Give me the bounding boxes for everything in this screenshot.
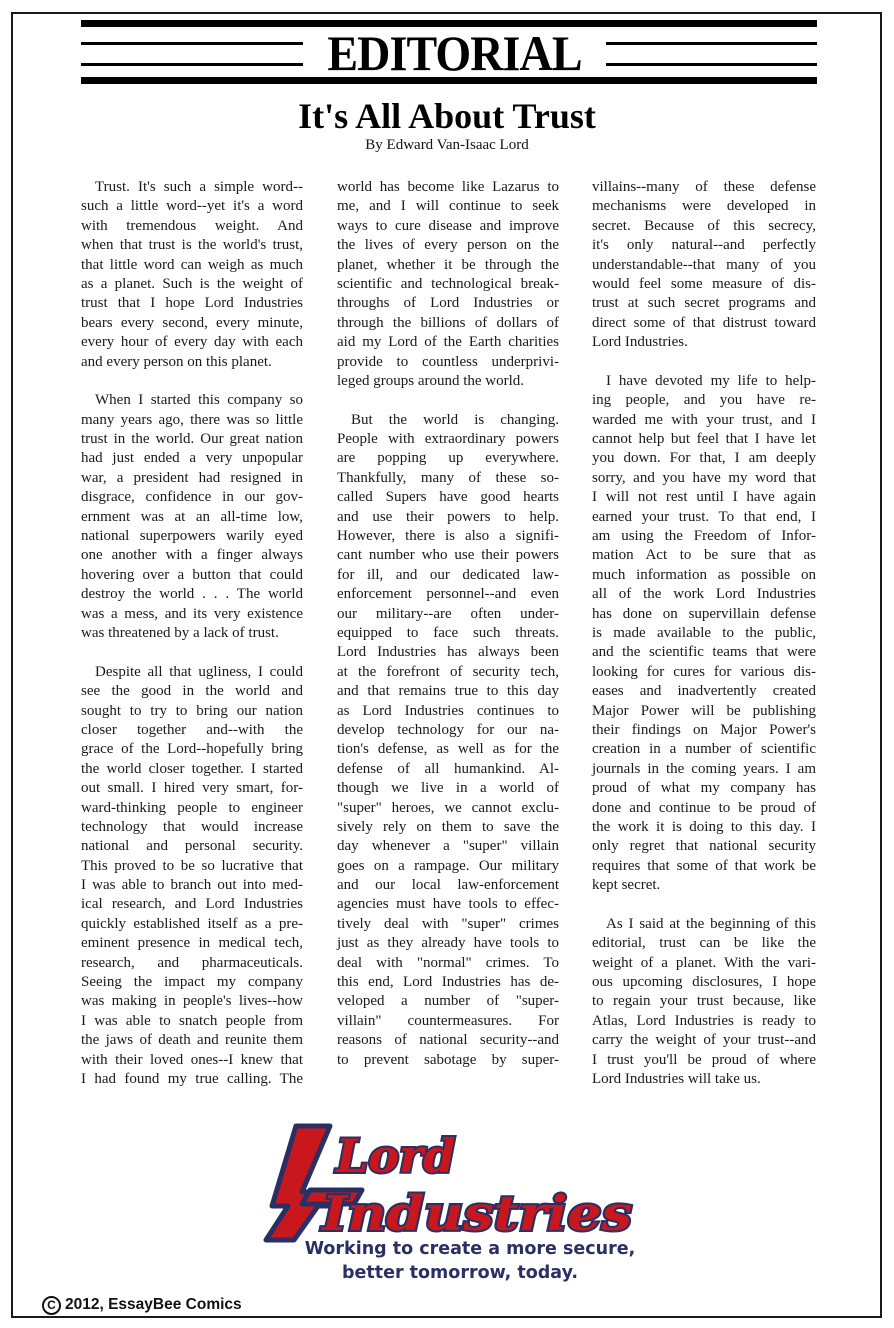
article-text-line: kept secret.: [592, 876, 816, 895]
article-text-line: journals in the coming years. I am: [592, 760, 816, 779]
article-text-line: sorry, and you have my word that: [592, 469, 816, 488]
paragraph-break: [337, 391, 559, 410]
article-text-line: me, and I will continue to seek: [337, 197, 559, 216]
logo-tagline-line-1: Working to create a more secure,: [290, 1238, 650, 1260]
article-text-line: just as they already have tools to: [337, 934, 559, 953]
article-text-line: Seeing the impact my company: [81, 973, 303, 992]
paragraph-break: [592, 353, 816, 372]
article-text-line: I trust you'll be proud of where: [592, 1051, 816, 1070]
article-text-line: see the good in the world and: [81, 682, 303, 701]
article-text-line: veloped a number of "super-: [337, 992, 559, 1011]
article-text-line: People with extraordinary powers: [337, 430, 559, 449]
article-text-line: warded me with your trust, and I: [592, 411, 816, 430]
article-text-line: mechanisms were developed in: [592, 197, 816, 216]
article-text-line: had just ended a very unpopular: [81, 449, 303, 468]
article-text-line: Lord Industries has always been: [337, 643, 559, 662]
article-text-line: Lord Industries.: [592, 333, 816, 352]
article-text-line: tion's defense, as well as for the: [337, 740, 559, 759]
logo-tagline-line-2: better tomorrow, today.: [295, 1262, 625, 1284]
masthead-rule-right-2: [606, 63, 817, 66]
article-text-line: though we live in a world of: [337, 779, 559, 798]
article-text-line: ical research, and Lord Industries: [81, 895, 303, 914]
article-text-line: develop technology for our na-: [337, 721, 559, 740]
masthead-rule-left-1: [81, 42, 303, 45]
article-text-line: destroy the world . . . The world: [81, 585, 303, 604]
masthead-title: EDITORIAL: [315, 27, 594, 77]
article-text-line: the lives of every person on the: [337, 236, 559, 255]
article-text-line: ward-thinking people to engineer: [81, 799, 303, 818]
article-text-line: such a little word--yet it's a word: [81, 197, 303, 216]
article-text-line: has done on supervillain defense: [592, 605, 816, 624]
article-text-line: at the forefront of security tech,: [337, 663, 559, 682]
article-text-line: the work it is doing to this day. I: [592, 818, 816, 837]
article-text-line: are popping up everywhere.: [337, 449, 559, 468]
article-text-line: goes on a rampage. Our military: [337, 857, 559, 876]
lord-industries-logo-icon: Lord Industries: [258, 1122, 638, 1247]
article-text-line: ernment was at an all-time low,: [81, 508, 303, 527]
article-text-line: every hour of every day with each: [81, 333, 303, 352]
article-text-line: reasons of national security--and: [337, 1031, 559, 1050]
article-text-line: technology that would increase: [81, 818, 303, 837]
article-text-line: the world closer together. I started: [81, 760, 303, 779]
article-text-line: creation in a number of scientific: [592, 740, 816, 759]
article-text-line: was making in people's lives--how: [81, 992, 303, 1011]
article-text-line: and that remains true to this day: [337, 682, 559, 701]
article-text-line: Thankfully, many of these so-: [337, 469, 559, 488]
article-text-line: trust at such secret programs and: [592, 294, 816, 313]
article-text-line: throughs of Lord Industries or: [337, 294, 559, 313]
article-column-1: Trust. It's such a simple word--such a l…: [81, 178, 303, 1089]
article-text-line: war, a president had resigned in: [81, 469, 303, 488]
logo-text-industries: Industries: [320, 1186, 632, 1242]
article-text-line: trust that I hope Lord Industries: [81, 294, 303, 313]
article-text-line: called Supers have good hearts: [337, 488, 559, 507]
article-text-line: looking for cures for various dis-: [592, 663, 816, 682]
article-text-line: bears every second, every minute,: [81, 314, 303, 333]
article-text-line: with their loved ones--I knew that: [81, 1051, 303, 1070]
article-text-line: Atlas, Lord Industries is ready to: [592, 1012, 816, 1031]
article-text-line: only regret that national security: [592, 837, 816, 856]
article-text-line: with tremendous weight. And: [81, 217, 303, 236]
article-text-line: done and continue to be proud of: [592, 799, 816, 818]
article-text-line: this end, Lord Industries has de-: [337, 973, 559, 992]
article-text-line: mation Act to be sure that as: [592, 546, 816, 565]
paragraph-break: [81, 643, 303, 662]
paragraph-break: [81, 372, 303, 391]
article-text-line: I was able to branch out into med-: [81, 876, 303, 895]
article-text-line: and use their powers to help.: [337, 508, 559, 527]
article-text-line: as a planet. Such is the weight of: [81, 275, 303, 294]
article-text-line: Despite all that ugliness, I could: [81, 663, 303, 682]
article-text-line: cant number who use their powers: [337, 546, 559, 565]
article-text-line: deal with "normal" crimes. To: [337, 954, 559, 973]
article-text-line: I was able to snatch people from: [81, 1012, 303, 1031]
article-text-line: quickly established itself as a pre-: [81, 915, 303, 934]
article-text-line: ing people, and you have re-: [592, 391, 816, 410]
article-text-line: through the billions of dollars of: [337, 314, 559, 333]
article-text-line: their findings on Major Power's: [592, 721, 816, 740]
article-text-line: villains--many of these defense: [592, 178, 816, 197]
copyright-icon: C: [42, 1296, 61, 1315]
article-text-line: provide to countless underprivi-: [337, 353, 559, 372]
article-text-line: carry the weight of your trust--and: [592, 1031, 816, 1050]
article-text-line: secret. Because of this secrecy,: [592, 217, 816, 236]
article-text-line: cannot help but feel that I have let: [592, 430, 816, 449]
article-text-line: trust in the world. Our great nation: [81, 430, 303, 449]
article-text-line: was a mess, and its very existence: [81, 605, 303, 624]
article-column-2: world has become like Lazarus tome, and …: [337, 178, 559, 1070]
article-text-line: to prevent sabotage by super-: [337, 1051, 559, 1070]
article-text-line: Trust. It's such a simple word--: [81, 178, 303, 197]
copyright-text: 2012, EssayBee Comics: [65, 1296, 242, 1314]
article-text-line: it's only natural--and perfectly: [592, 236, 816, 255]
article-text-line: day whenever a "super" villain: [337, 837, 559, 856]
article-text-line: "super" heroes, we cannot exclu-: [337, 799, 559, 818]
masthead-rule-bottom: [81, 77, 817, 84]
masthead-rule-right-1: [606, 42, 817, 45]
article-text-line: world has become like Lazarus to: [337, 178, 559, 197]
article-text-line: much information as possible on: [592, 566, 816, 585]
article-text-line: eminent presence in medical tech,: [81, 934, 303, 953]
article-headline: It's All About Trust: [0, 96, 894, 136]
article-text-line: is made available to the public,: [592, 624, 816, 643]
article-text-line: Major Power will be publishing: [592, 702, 816, 721]
article-text-line: This proved to be so lucrative that: [81, 857, 303, 876]
article-text-line: when that trust is the world's trust,: [81, 236, 303, 255]
article-text-line: ous upcoming disclosures, I hope: [592, 973, 816, 992]
article-text-line: When I started this company so: [81, 391, 303, 410]
article-text-line: weight of a planet. With the vari-: [592, 954, 816, 973]
article-text-line: editorial, trust can be like the: [592, 934, 816, 953]
article-text-line: one another with a finger always: [81, 546, 303, 565]
masthead-rule-left-2: [81, 63, 303, 66]
article-text-line: am using the Freedom of Infor-: [592, 527, 816, 546]
article-text-line: would feel some measure of dis-: [592, 275, 816, 294]
article-text-line: disgrace, confidence in our gov-: [81, 488, 303, 507]
article-text-line: hovering over a button that could: [81, 566, 303, 585]
article-text-line: direct some of that distrust toward: [592, 314, 816, 333]
article-text-line: aid my Lord of the Earth charities: [337, 333, 559, 352]
article-text-line: all of the work Lord Industries: [592, 585, 816, 604]
article-text-line: earned your trust. To that end, I: [592, 508, 816, 527]
article-text-line: planet, whether it be through the: [337, 256, 559, 275]
article-text-line: eases and inadvertently created: [592, 682, 816, 701]
article-byline: By Edward Van-Isaac Lord: [0, 136, 894, 154]
article-text-line: requires that some of that work be: [592, 857, 816, 876]
article-text-line: I had found my true calling. The: [81, 1070, 303, 1089]
article-text-line: scientific and technological break-: [337, 275, 559, 294]
article-text-line: that little word can weigh as much: [81, 256, 303, 275]
article-text-line: national and personal security.: [81, 837, 303, 856]
article-text-line: was threatened by a lack of trust.: [81, 624, 303, 643]
article-text-line: and the scientific teams that were: [592, 643, 816, 662]
article-text-line: you down. For that, I am deeply: [592, 449, 816, 468]
article-text-line: and every person on this planet.: [81, 353, 303, 372]
article-text-line: Lord Industries will take us.: [592, 1070, 816, 1089]
article-text-line: out small. I hired very smart, for-: [81, 779, 303, 798]
article-text-line: grace of the Lord--hopefully bring: [81, 740, 303, 759]
article-text-line: national superpowers warily eyed: [81, 527, 303, 546]
article-text-line: sought to try to bring our nation: [81, 702, 303, 721]
article-text-line: As I said at the beginning of this: [592, 915, 816, 934]
article-text-line: sively rely on them to save the: [337, 818, 559, 837]
article-text-line: the jaws of death and reunite them: [81, 1031, 303, 1050]
article-text-line: tively deal with "super" crimes: [337, 915, 559, 934]
article-text-line: equipped to face such threats.: [337, 624, 559, 643]
article-text-line: to regain your trust because, like: [592, 992, 816, 1011]
article-text-line: defense of all humankind. Al-: [337, 760, 559, 779]
article-text-line: understandable--that many of you: [592, 256, 816, 275]
article-text-line: leged groups around the world.: [337, 372, 559, 391]
article-text-line: I have devoted my life to help-: [592, 372, 816, 391]
article-text-line: However, there is also a signifi-: [337, 527, 559, 546]
article-text-line: and our local law-enforcement: [337, 876, 559, 895]
article-text-line: proud of what my company has: [592, 779, 816, 798]
logo-text-lord: Lord: [334, 1129, 455, 1183]
article-text-line: ways to cure disease and improve: [337, 217, 559, 236]
article-text-line: enforcement personnel--and even: [337, 585, 559, 604]
article-text-line: as Lord Industries continues to: [337, 702, 559, 721]
article-text-line: villain" countermeasures. For: [337, 1012, 559, 1031]
article-text-line: closer together and--with the: [81, 721, 303, 740]
copyright-notice: C 2012, EssayBee Comics: [42, 1293, 242, 1317]
article-text-line: But the world is changing.: [337, 411, 559, 430]
article-text-line: research, and pharmaceuticals.: [81, 954, 303, 973]
article-text-line: our military--are often under-: [337, 605, 559, 624]
article-text-line: many years ago, there was so little: [81, 411, 303, 430]
article-column-3: villains--many of these defensemechanism…: [592, 178, 816, 1089]
article-text-line: for ill, and our dedicated law-: [337, 566, 559, 585]
paragraph-break: [592, 895, 816, 914]
article-text-line: I will not rest until I have again: [592, 488, 816, 507]
article-text-line: agencies must have tools to effec-: [337, 895, 559, 914]
